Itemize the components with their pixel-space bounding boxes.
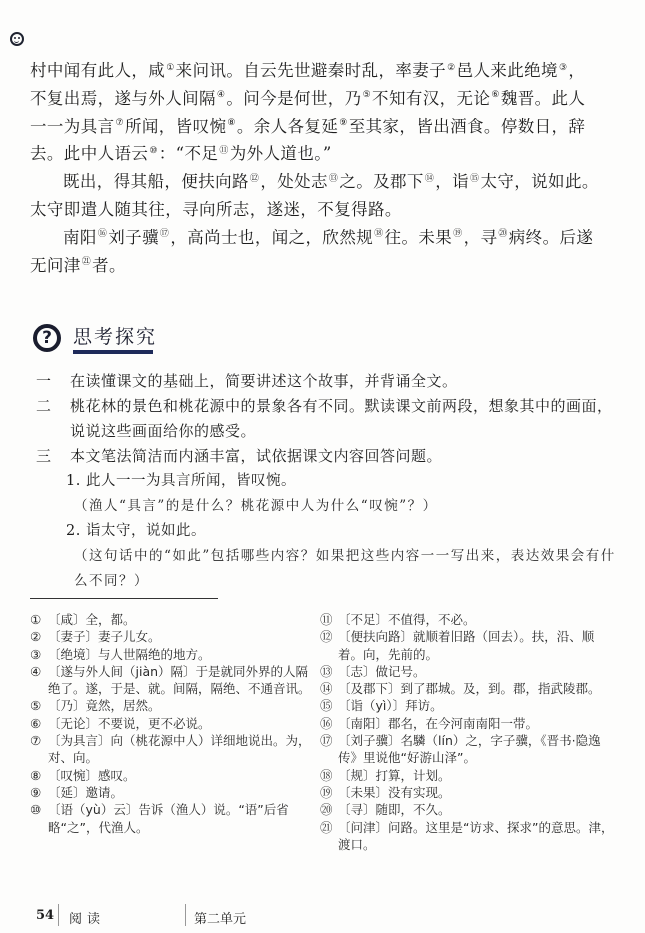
footnote-ref: ④ — [217, 90, 225, 100]
footnote-number: ① — [30, 611, 48, 628]
footnote-item: ③〔绝境〕与人世隔绝的地方。 — [30, 646, 320, 663]
footnote-text: 〔无论〕不要说，更不必说。 — [48, 716, 211, 731]
sub-question: 1. 此人一一为具言所闻，皆叹惋。 — [36, 469, 616, 494]
passage-text-run: 既出，得其船，便扶向路 — [63, 172, 249, 191]
footnote-item: ⑱〔规〕打算，计划。 — [320, 767, 615, 784]
sub-question-hint: （这句话中的“如此”包括哪些内容？如果把这些内容一一写出来，表达效果会有什么不同… — [36, 544, 616, 594]
passage-text-run: 来问讯。自云先世避秦时乱，率妻子 — [176, 61, 446, 80]
footnote-item: ④〔遂与外人间（jiàn）隔〕于是就同外界的人隔绝了。遂，于是、就。间隔，隔绝、… — [30, 663, 320, 698]
footnote-item: ⑦〔为具言〕向（桃花源中人）详细地说出。为，对、向。 — [30, 732, 320, 767]
footnote-number: ⑪ — [320, 611, 338, 628]
question-item: 一在读懂课文的基础上，简要讲述这个故事，并背诵全文。 — [36, 369, 616, 394]
footnote-text: 〔妻子〕妻子儿女。 — [48, 629, 161, 644]
passage-text-run: 不知有汉，无论 — [372, 89, 490, 108]
footnote-item: ⑭〔及郡下〕到了郡城。及，到。郡，指武陵郡。 — [320, 680, 615, 697]
footnote-divider — [30, 598, 218, 599]
footnote-number: ⑤ — [30, 697, 48, 714]
footnote-text: 〔刘子骥〕名驎（lín）之，字子骥，《晋书·隐逸传》里说他“好游山泽”。 — [338, 733, 601, 765]
footnote-number: ⑫ — [320, 628, 338, 645]
footnote-ref: ⑪ — [219, 146, 228, 156]
footnote-item: ⑥〔无论〕不要说，更不必说。 — [30, 715, 320, 732]
footnote-ref: ⑱ — [374, 229, 383, 239]
footnote-number: ⑰ — [320, 732, 338, 749]
footer-divider — [185, 904, 186, 926]
question-text: 本文笔法简洁而内涵丰富，试依据课文内容回答问题。 — [70, 444, 616, 469]
question-number: 一 — [36, 369, 70, 394]
footnote-item: ⑩〔语（yù）云〕告诉（渔人）说。“语”后省略“之”，代渔人。 — [30, 801, 320, 836]
footnote-text: 〔咸〕全，都。 — [48, 612, 136, 627]
footnote-number: ⑧ — [30, 767, 48, 784]
footnote-number: ⑱ — [320, 767, 338, 784]
passage-text-run: ，处处志 — [260, 172, 328, 191]
footer-section: 阅读 — [69, 908, 105, 927]
passage-text-run: 之。及郡下 — [339, 172, 424, 191]
footnote-ref: ⑨ — [339, 118, 347, 128]
question-number: 三 — [36, 444, 70, 469]
footnote-ref: ⑥ — [491, 90, 499, 100]
passage-text-run: 为外人道也。” — [230, 144, 332, 163]
footnote-ref: ⑮ — [470, 174, 479, 184]
footnote-text: 〔语（yù）云〕告诉（渔人）说。“语”后省略“之”，代渔人。 — [48, 802, 289, 834]
footnote-number: ⑦ — [30, 732, 48, 749]
footnote-ref: ⑩ — [149, 146, 157, 156]
footnote-number: ⑳ — [320, 801, 338, 818]
question-number: 二 — [36, 394, 70, 444]
footnote-text: 〔绝境〕与人世隔绝的地方。 — [48, 647, 211, 662]
footnote-ref: ⑰ — [160, 229, 169, 239]
footnote-item: ⑮〔诣（yì）〕拜访。 — [320, 697, 615, 714]
footnote-ref: ② — [447, 63, 455, 73]
footnote-item: ⑫〔便扶向路〕就顺着旧路（回去）。扶，沿、顺着。向，先前的。 — [320, 628, 615, 663]
passage-text-run: 刘子骥 — [108, 228, 159, 247]
footer-unit: 第二单元 — [194, 908, 246, 927]
passage-paragraph: 村中闻有此人，咸①来问讯。自云先世避秦时乱，率妻子②邑人来此绝境③，不复出焉，遂… — [30, 57, 600, 168]
footnote-ref: ⑦ — [116, 118, 124, 128]
question-text: 在读懂课文的基础上，简要讲述这个故事，并背诵全文。 — [70, 369, 616, 394]
footnotes-right-column: ⑪〔不足〕不值得，不必。⑫〔便扶向路〕就顺着旧路（回去）。扶，沿、顺着。向，先前… — [320, 611, 615, 853]
footnote-text: 〔叹惋〕感叹。 — [48, 768, 136, 783]
footnote-ref: ⑬ — [329, 174, 338, 184]
sub-question-hint: （渔人“具言”的是什么？桃花源中人为什么“叹惋”？） — [36, 494, 616, 519]
footnote-ref: ⑲ — [453, 229, 462, 239]
footnote-number: ⑥ — [30, 715, 48, 732]
footnote-ref: ③ — [559, 63, 567, 73]
footnote-number: ⑯ — [320, 715, 338, 732]
title-underline — [73, 350, 153, 354]
footnote-item: ⑬〔志〕做记号。 — [320, 663, 615, 680]
footnote-item: ⑰〔刘子骥〕名驎（lín）之，字子骥，《晋书·隐逸传》里说他“好游山泽”。 — [320, 732, 615, 767]
passage-text-run: ：“不足 — [159, 144, 219, 163]
passage-text-run: ，高尚士也，闻之，欣然规 — [170, 228, 373, 247]
footnote-number: ⑨ — [30, 784, 48, 801]
passage-text-run: 。问今是何世，乃 — [226, 89, 361, 108]
section-title: 思考探究 — [73, 322, 157, 349]
footnote-text: 〔诣（yì）〕拜访。 — [338, 698, 443, 713]
footnotes-left-column: ①〔咸〕全，都。②〔妻子〕妻子儿女。③〔绝境〕与人世隔绝的地方。④〔遂与外人间（… — [30, 611, 320, 836]
passage-text-run: 村中闻有此人，咸 — [30, 61, 165, 80]
footnote-ref: ㉑ — [82, 257, 91, 267]
footnote-text: 〔延〕邀请。 — [48, 785, 123, 800]
passage-text: 村中闻有此人，咸①来问讯。自云先世避秦时乱，率妻子②邑人来此绝境③，不复出焉，遂… — [30, 57, 600, 279]
footnote-item: ⑧〔叹惋〕感叹。 — [30, 767, 320, 784]
footnote-number: ④ — [30, 663, 48, 680]
footnote-ref: ⑭ — [425, 174, 434, 184]
footnote-text: 〔未果〕没有实现。 — [338, 785, 451, 800]
passage-paragraph: 南阳⑯刘子骥⑰，高尚士也，闻之，欣然规⑱往。未果⑲，寻⑳病终。后遂无问津㉑者。 — [30, 224, 600, 280]
question-mark-icon: ? — [33, 324, 61, 352]
smiley-icon — [10, 32, 24, 46]
question-list: 一在读懂课文的基础上，简要讲述这个故事，并背诵全文。二桃花林的景色和桃花源中的景… — [36, 369, 616, 594]
footnote-item: ㉑〔问津〕问路。这里是“访求、探求”的意思。津，渡口。 — [320, 819, 615, 854]
passage-text-run: 邑人来此绝境 — [457, 61, 558, 80]
footnote-text: 〔规〕打算，计划。 — [338, 768, 451, 783]
footnote-number: ② — [30, 628, 48, 645]
footnote-ref: ⑳ — [498, 229, 507, 239]
passage-text-run: 南阳 — [63, 228, 97, 247]
footnote-ref: ⑫ — [250, 174, 259, 184]
footnote-item: ⑨〔延〕邀请。 — [30, 784, 320, 801]
footnote-item: ⑯〔南阳〕郡名，在今河南南阳一带。 — [320, 715, 615, 732]
passage-text-run: 。余人各复延 — [237, 117, 338, 136]
footnote-text: 〔志〕做记号。 — [338, 664, 426, 679]
footnote-text: 〔南阳〕郡名，在今河南南阳一带。 — [338, 716, 538, 731]
question-item: 二桃花林的景色和桃花源中的景象各有不同。默读课文前两段，想象其中的画面，说说这些… — [36, 394, 616, 444]
footnote-text: 〔便扶向路〕就顺着旧路（回去）。扶，沿、顺着。向，先前的。 — [338, 629, 594, 661]
footnote-text: 〔乃〕竟然，居然。 — [48, 698, 161, 713]
footnote-item: ⑳〔寻〕随即，不久。 — [320, 801, 615, 818]
footnote-item: ①〔咸〕全，都。 — [30, 611, 320, 628]
footnote-item: ⑲〔未果〕没有实现。 — [320, 784, 615, 801]
footnote-number: ⑩ — [30, 801, 48, 818]
footer-divider — [58, 904, 59, 926]
footnote-ref: ① — [166, 63, 174, 73]
footnote-text: 〔及郡下〕到了郡城。及，到。郡，指武陵郡。 — [338, 681, 601, 696]
footnote-item: ②〔妻子〕妻子儿女。 — [30, 628, 320, 645]
page-number: 54 — [36, 908, 54, 923]
footnote-number: ㉑ — [320, 819, 338, 836]
passage-paragraph: 既出，得其船，便扶向路⑫，处处志⑬之。及郡下⑭，诣⑮太守，说如此。太守即遣人随其… — [30, 168, 600, 224]
passage-text-run: 往。未果 — [385, 228, 453, 247]
page-footer: 54 阅读 第二单元 — [0, 908, 645, 928]
footnote-number: ⑮ — [320, 697, 338, 714]
footnote-text: 〔不足〕不值得，不必。 — [338, 612, 476, 627]
passage-text-run: ，诣 — [435, 172, 469, 191]
footnote-ref: ⑯ — [98, 229, 107, 239]
question-text: 桃花林的景色和桃花源中的景象各有不同。默读课文前两段，想象其中的画面，说说这些画… — [70, 394, 616, 444]
passage-text-run: 所闻，皆叹惋 — [125, 117, 226, 136]
passage-text-run: 者。 — [92, 256, 126, 275]
footnote-ref: ⑤ — [363, 90, 371, 100]
footnote-number: ⑬ — [320, 663, 338, 680]
passage-text-run: ，寻 — [464, 228, 498, 247]
footnote-text: 〔为具言〕向（桃花源中人）详细地说出。为，对、向。 — [48, 733, 311, 765]
footnote-number: ⑲ — [320, 784, 338, 801]
textbook-page: 村中闻有此人，咸①来问讯。自云先世避秦时乱，率妻子②邑人来此绝境③，不复出焉，遂… — [0, 0, 645, 933]
footnote-number: ③ — [30, 646, 48, 663]
sub-question: 2. 诣太守，说如此。 — [36, 519, 616, 544]
footnote-ref: ⑧ — [227, 118, 235, 128]
footnote-number: ⑭ — [320, 680, 338, 697]
footnote-text: 〔寻〕随即，不久。 — [338, 802, 451, 817]
footnote-text: 〔问津〕问路。这里是“访求、探求”的意思。津，渡口。 — [338, 820, 613, 852]
footnote-text: 〔遂与外人间（jiàn）隔〕于是就同外界的人隔绝了。遂，于是、就。间隔，隔绝、不… — [48, 664, 311, 696]
footnote-item: ⑤〔乃〕竟然，居然。 — [30, 697, 320, 714]
footnote-item: ⑪〔不足〕不值得，不必。 — [320, 611, 615, 628]
question-item: 三本文笔法简洁而内涵丰富，试依据课文内容回答问题。 — [36, 444, 616, 469]
